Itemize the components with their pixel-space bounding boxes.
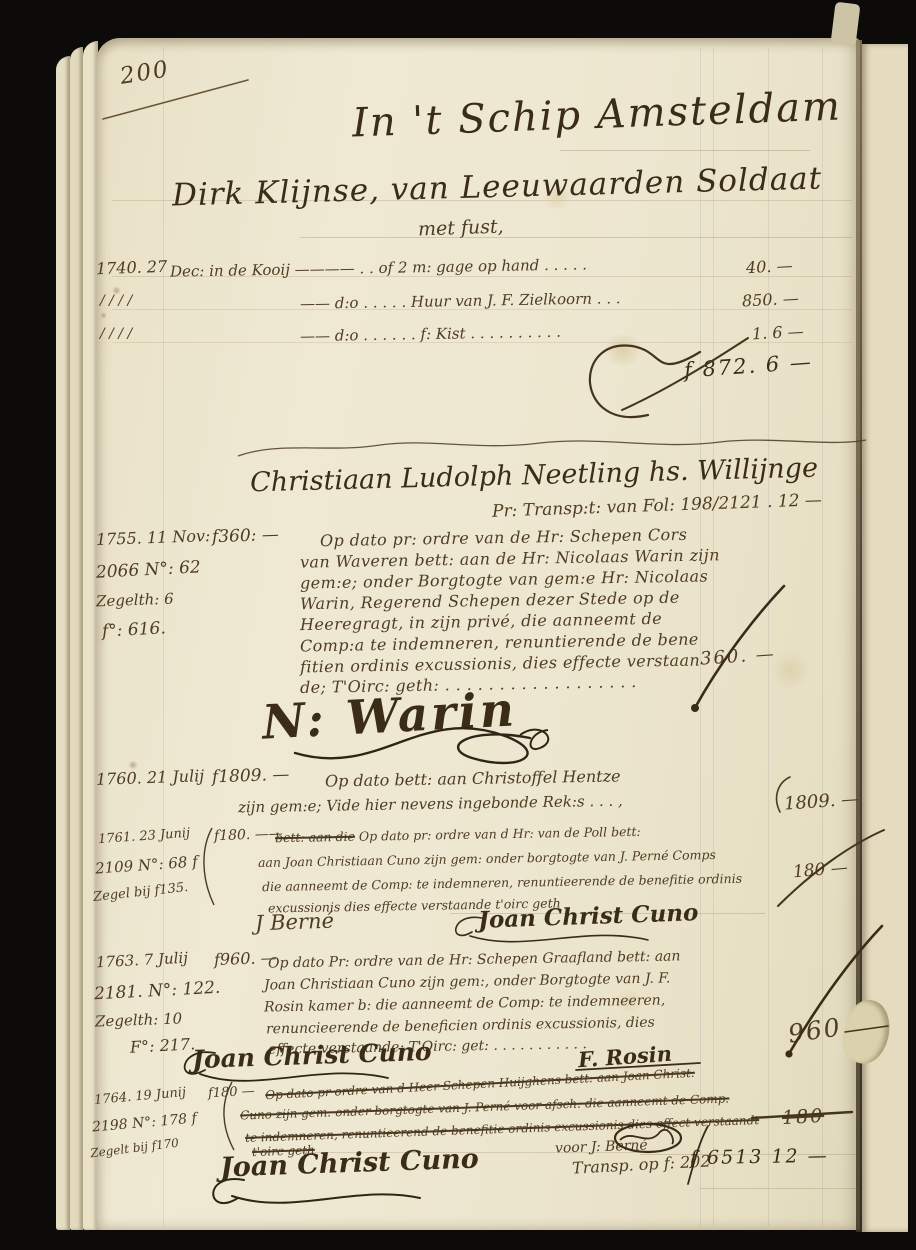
signature-cuno: Joan Christ Cuno [478,901,699,932]
scanned-ledger-page: 200 In 't Schip Amsteldam Dirk Klijnse, … [0,0,916,1250]
ledger-row-ditto: / / / / [100,327,132,341]
entry-1763-zegel: Zegelth: 10 [95,1011,183,1029]
entry-1760-date: 1760. 21 Julij [96,768,205,788]
ledger-row-amount: 850. — [742,291,799,310]
ledger-row-amount: 1. 6 — [752,324,804,343]
entry-1761-sum-label: f180. —— [214,827,283,843]
carried-total: f 6513 12 — [690,1147,829,1168]
signature-warin: N: Warin [261,686,518,746]
signature-berne: J Berné [255,911,335,935]
entry-1755-sum-label: f360: — [212,527,279,546]
entry-1761-amount: 180 — [792,860,848,882]
entry-1760-sum-label: f1809. — [212,767,290,787]
ruled-line-horizontal [560,150,810,151]
entry-1761-struck-words: bett: aan die [275,829,355,845]
ruled-line-horizontal [112,342,852,343]
entry-1755-folio: f°: 616. [102,620,167,640]
ledger-row-body: —— d:o . . . . . . f: Kist . . . . . . .… [300,325,561,345]
ruled-line-vertical [700,48,701,1226]
paper-tab-top [831,2,861,47]
ledger-row-amount: 40. — [746,258,793,276]
entry-1760-amount: 1809. — [783,790,859,813]
entry-1755-amount: 360. — [699,645,776,668]
account-holder-subline: met fust, [418,218,504,240]
page-stack-edge-outer [56,56,70,1230]
page-stack-edge-middle [70,47,83,1230]
ruled-line-vertical [822,48,823,1226]
ruled-line-vertical [713,48,714,1226]
entry-1755-date: 1755. 11 Nov: [96,528,211,548]
ruled-line-horizontal [300,237,852,238]
ledger-row-date: 1740. 27 [96,259,168,277]
ruled-line-horizontal [700,1188,858,1189]
entry-1764-amount-cancelled: 180 [782,1107,825,1128]
signature-rosin: F. Rosin [577,1043,672,1071]
entry-1763-folio: F°: 217. [130,1036,196,1055]
ruled-line-vertical [768,48,769,1226]
entry-1755-zegel: Zegelth: 6 [96,592,174,610]
entry-1763-amount: 960 [787,1014,844,1046]
ledger-row-ditto: / / / / [100,294,132,308]
entry-1764-note: voor J: Berné [555,1138,648,1155]
entry-1764-sum-label: f180 — [208,1085,255,1100]
